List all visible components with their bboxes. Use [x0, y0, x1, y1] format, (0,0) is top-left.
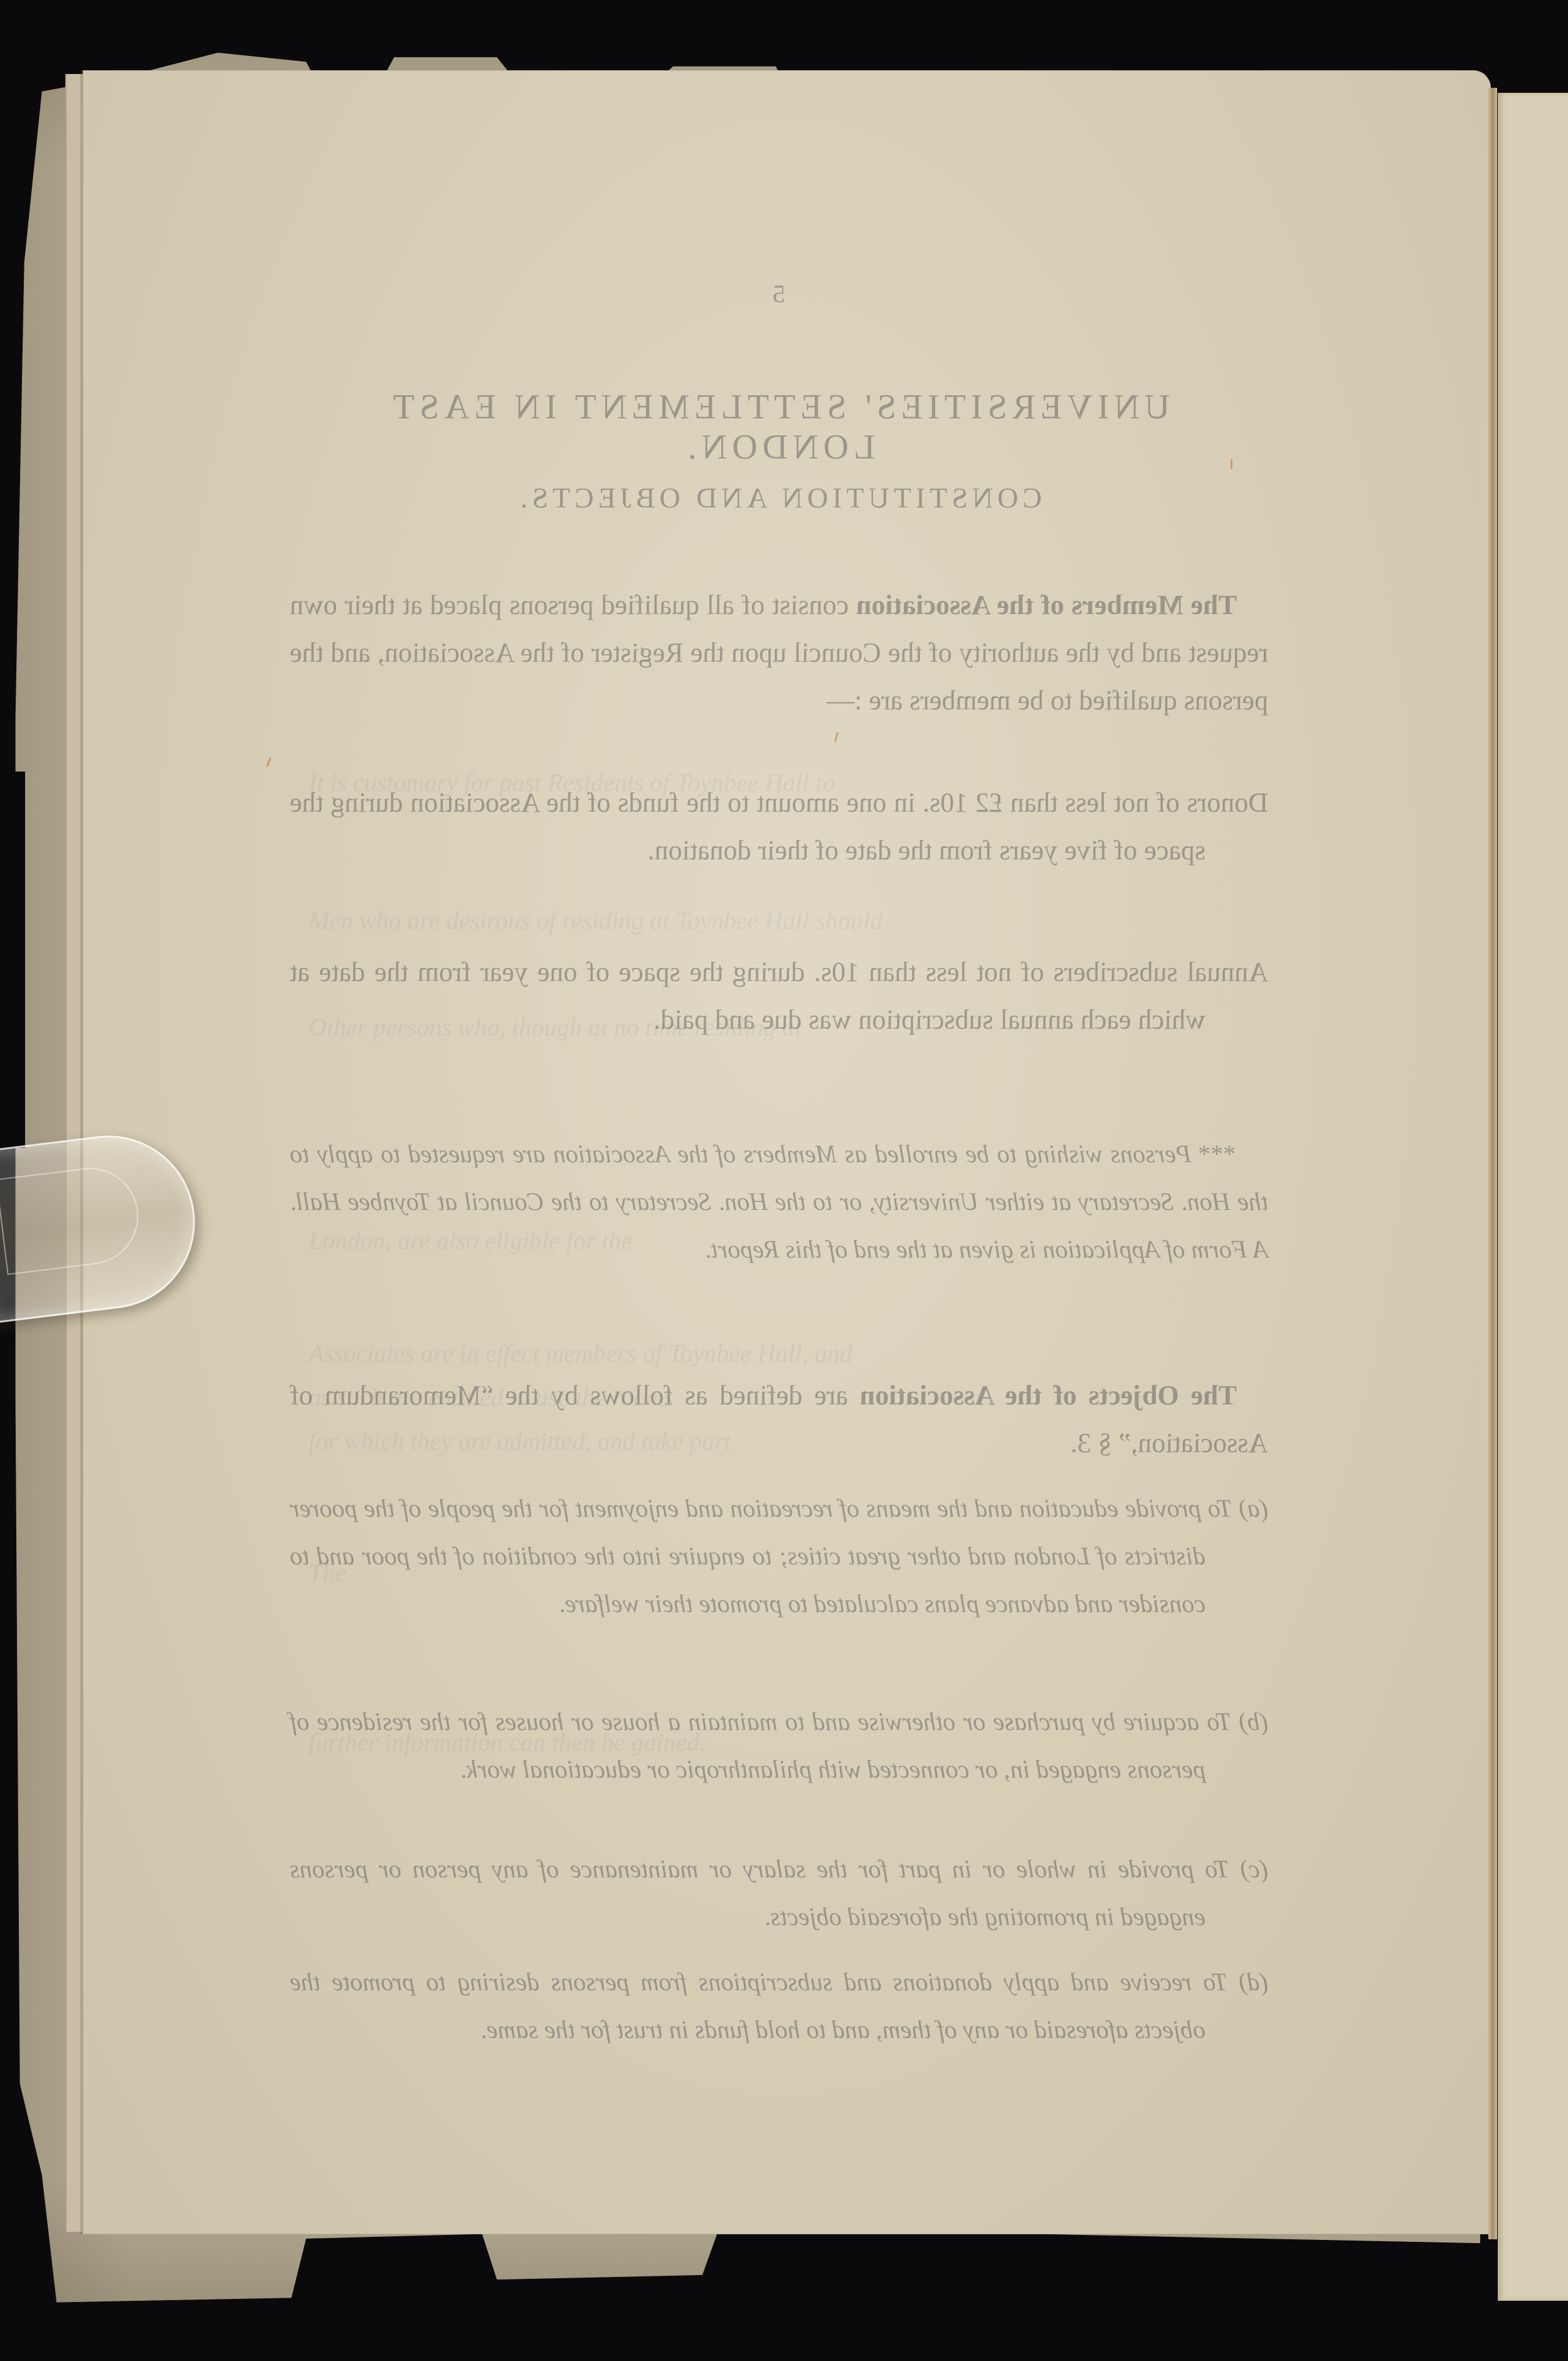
document-title: UNIVERSITIES' SETTLEMENT IN EAST LONDON. — [290, 387, 1268, 467]
plastic-clip-inner — [0, 1162, 144, 1275]
facing-page-edge — [1498, 93, 1568, 2301]
show-through-text-layer: 5 UNIVERSITIES' SETTLEMENT IN EAST LONDO… — [83, 70, 1491, 2234]
object-a-text: To provide education and the means of re… — [290, 1494, 1232, 1618]
background-gap — [0, 772, 25, 1148]
paper-fleck — [1231, 459, 1232, 469]
object-d-text: To receive and apply donations and subsc… — [290, 1968, 1227, 2044]
object-c-text: To provide in whole or in part for the s… — [290, 1855, 1229, 1931]
document-page: It is customary for past Residents of To… — [83, 70, 1491, 2234]
object-b-text: To acquire by purchase or otherwise and … — [290, 1707, 1231, 1783]
book-gutter — [1488, 88, 1497, 2239]
qualification-donors: Donors of not less than £2 10s. in one a… — [290, 779, 1268, 874]
object-d: (d) To receive and apply donations and s… — [290, 1958, 1268, 2054]
object-d-label: (d) — [1239, 1968, 1268, 1996]
enrolment-note: *** Persons wishing to be enrolled as Me… — [290, 1130, 1268, 1273]
objects-lead: The Objects of the Association — [860, 1380, 1237, 1411]
object-a-label: (a) — [1239, 1494, 1268, 1522]
members-lead: The Members of the Association — [856, 590, 1237, 620]
object-b-label: (b) — [1239, 1707, 1268, 1736]
object-a: (a) To provide education and the means o… — [290, 1485, 1268, 1628]
qualification-subscribers: Annual subscribers of not less than 10s.… — [290, 948, 1268, 1044]
members-paragraph: The Members of the Association consist o… — [290, 581, 1268, 724]
object-c-label: (c) — [1241, 1855, 1268, 1883]
object-b: (b) To acquire by purchase or otherwise … — [290, 1698, 1268, 1793]
objects-paragraph: The Objects of the Association are defin… — [290, 1372, 1268, 1467]
object-c: (c) To provide in whole or in part for t… — [290, 1845, 1268, 1941]
document-subtitle: CONSTITUTION AND OBJECTS. — [290, 481, 1268, 514]
page-number: 5 — [290, 279, 1268, 309]
